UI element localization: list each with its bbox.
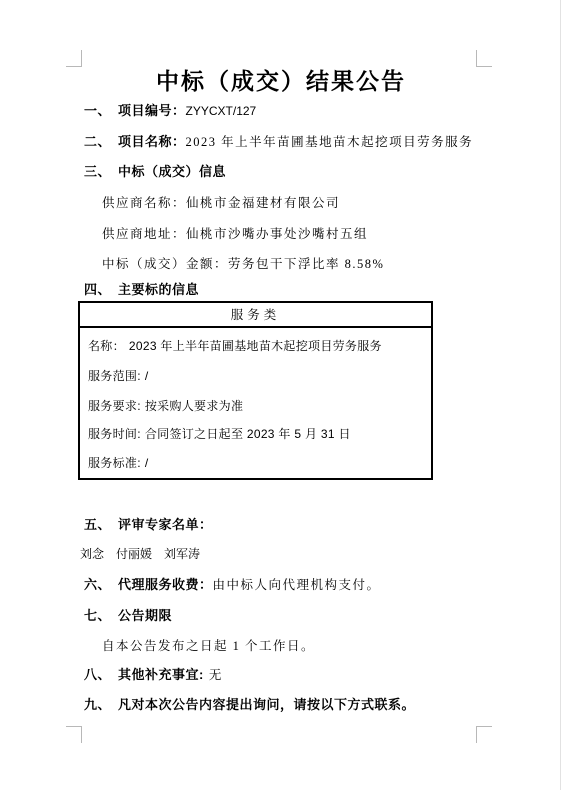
row-value: / — [145, 369, 149, 383]
table-row-requirement: 服务要求:按采购人要求为准 — [88, 399, 243, 414]
document-page: 中标（成交）结果公告 一、项目编号：ZYYCXT/127 二、项目名称：2023… — [0, 0, 562, 790]
section-number: 五、 — [84, 517, 111, 532]
section-number: 九、 — [84, 697, 111, 712]
section-number: 七、 — [84, 608, 111, 623]
section-number: 二、 — [84, 134, 111, 149]
section-number: 八、 — [84, 667, 111, 682]
section-label: 公告期限 — [118, 608, 172, 623]
supplier-address-label: 供应商地址： — [102, 227, 186, 241]
section-notice-period: 七、公告期限 — [84, 608, 172, 624]
section-main-subject: 四、主要标的信息 — [84, 282, 199, 298]
section-label: 项目名称： — [118, 134, 186, 149]
table-header-service-category: 服务类 — [80, 303, 431, 328]
section-label: 中标（成交）信息 — [118, 164, 226, 179]
section-label: 凡对本次公告内容提出询问，请按以下方式联系。 — [118, 697, 415, 712]
other-matters-value: 无 — [209, 668, 223, 682]
row-label: 服务标准: — [88, 456, 141, 470]
row-value: / — [145, 456, 149, 470]
section-expert-list: 五、评审专家名单： — [84, 517, 213, 533]
section-project-number: 一、项目编号：ZYYCXT/127 — [84, 103, 256, 119]
supplier-name-line: 供应商名称：仙桃市金福建材有限公司 — [102, 195, 340, 211]
row-value: 按采购人要求为准 — [145, 399, 243, 413]
section-contact-inquiry: 九、凡对本次公告内容提出询问，请按以下方式联系。 — [84, 697, 415, 713]
section-project-name: 二、项目名称：2023 年上半年苗圃基地苗木起挖项目劳务服务 — [84, 134, 473, 150]
row-label: 名称： — [88, 339, 125, 353]
notice-period-value: 自本公告发布之日起 1 个工作日。 — [102, 639, 315, 653]
row-value: 合同签订之日起至 2023 年 5 月 31 日 — [145, 427, 351, 441]
notice-period-detail: 自本公告发布之日起 1 个工作日。 — [102, 638, 315, 654]
section-other-matters: 八、其他补充事宜:无 — [84, 667, 223, 683]
expert-names: 刘念 付丽媛 刘军涛 — [80, 547, 200, 561]
award-amount-value: 劳务包干下浮比率 8.58% — [228, 257, 384, 271]
row-label: 服务范围: — [88, 369, 141, 383]
row-value: 2023 年上半年苗圃基地苗木起挖项目劳务服务 — [129, 339, 382, 353]
section-number: 一、 — [84, 103, 111, 118]
award-amount-line: 中标（成交）金额：劳务包干下浮比率 8.58% — [102, 256, 384, 272]
crop-mark-bottom-right — [476, 726, 492, 743]
section-number: 三、 — [84, 164, 111, 179]
row-label: 服务时间: — [88, 427, 141, 441]
table-row-name: 名称：2023 年上半年苗圃基地苗木起挖项目劳务服务 — [88, 339, 382, 354]
project-number-value: ZYYCXT/127 — [186, 104, 257, 118]
expert-names-line: 刘念 付丽媛 刘军涛 — [80, 546, 200, 562]
section-label: 项目编号： — [118, 103, 186, 118]
page-title: 中标（成交）结果公告 — [0, 63, 562, 96]
crop-mark-bottom-left — [66, 726, 82, 743]
section-label: 评审专家名单： — [118, 517, 213, 532]
section-label: 代理服务收费： — [118, 577, 213, 592]
supplier-address-line: 供应商地址：仙桃市沙嘴办事处沙嘴村五组 — [102, 226, 368, 242]
agency-fee-value: 由中标人向代理机构支付。 — [213, 578, 381, 592]
award-amount-label: 中标（成交）金额： — [102, 257, 228, 271]
section-award-info: 三、中标（成交）信息 — [84, 164, 226, 180]
service-info-table: 服务类 名称：2023 年上半年苗圃基地苗木起挖项目劳务服务 服务范围:/ 服务… — [78, 301, 433, 480]
supplier-address-value: 仙桃市沙嘴办事处沙嘴村五组 — [186, 227, 368, 241]
row-label: 服务要求: — [88, 399, 141, 413]
section-number: 四、 — [84, 282, 111, 297]
supplier-name-value: 仙桃市金福建材有限公司 — [186, 196, 340, 210]
table-row-scope: 服务范围:/ — [88, 369, 148, 384]
section-label: 其他补充事宜: — [118, 667, 204, 682]
project-name-value: 2023 年上半年苗圃基地苗木起挖项目劳务服务 — [186, 135, 474, 149]
table-row-time: 服务时间:合同签订之日起至 2023 年 5 月 31 日 — [88, 427, 351, 442]
page-edge-line — [560, 0, 561, 790]
section-agency-fee: 六、代理服务收费：由中标人向代理机构支付。 — [84, 577, 381, 593]
supplier-name-label: 供应商名称： — [102, 196, 186, 210]
section-label: 主要标的信息 — [118, 282, 199, 297]
section-number: 六、 — [84, 577, 111, 592]
table-row-standard: 服务标准:/ — [88, 456, 148, 471]
